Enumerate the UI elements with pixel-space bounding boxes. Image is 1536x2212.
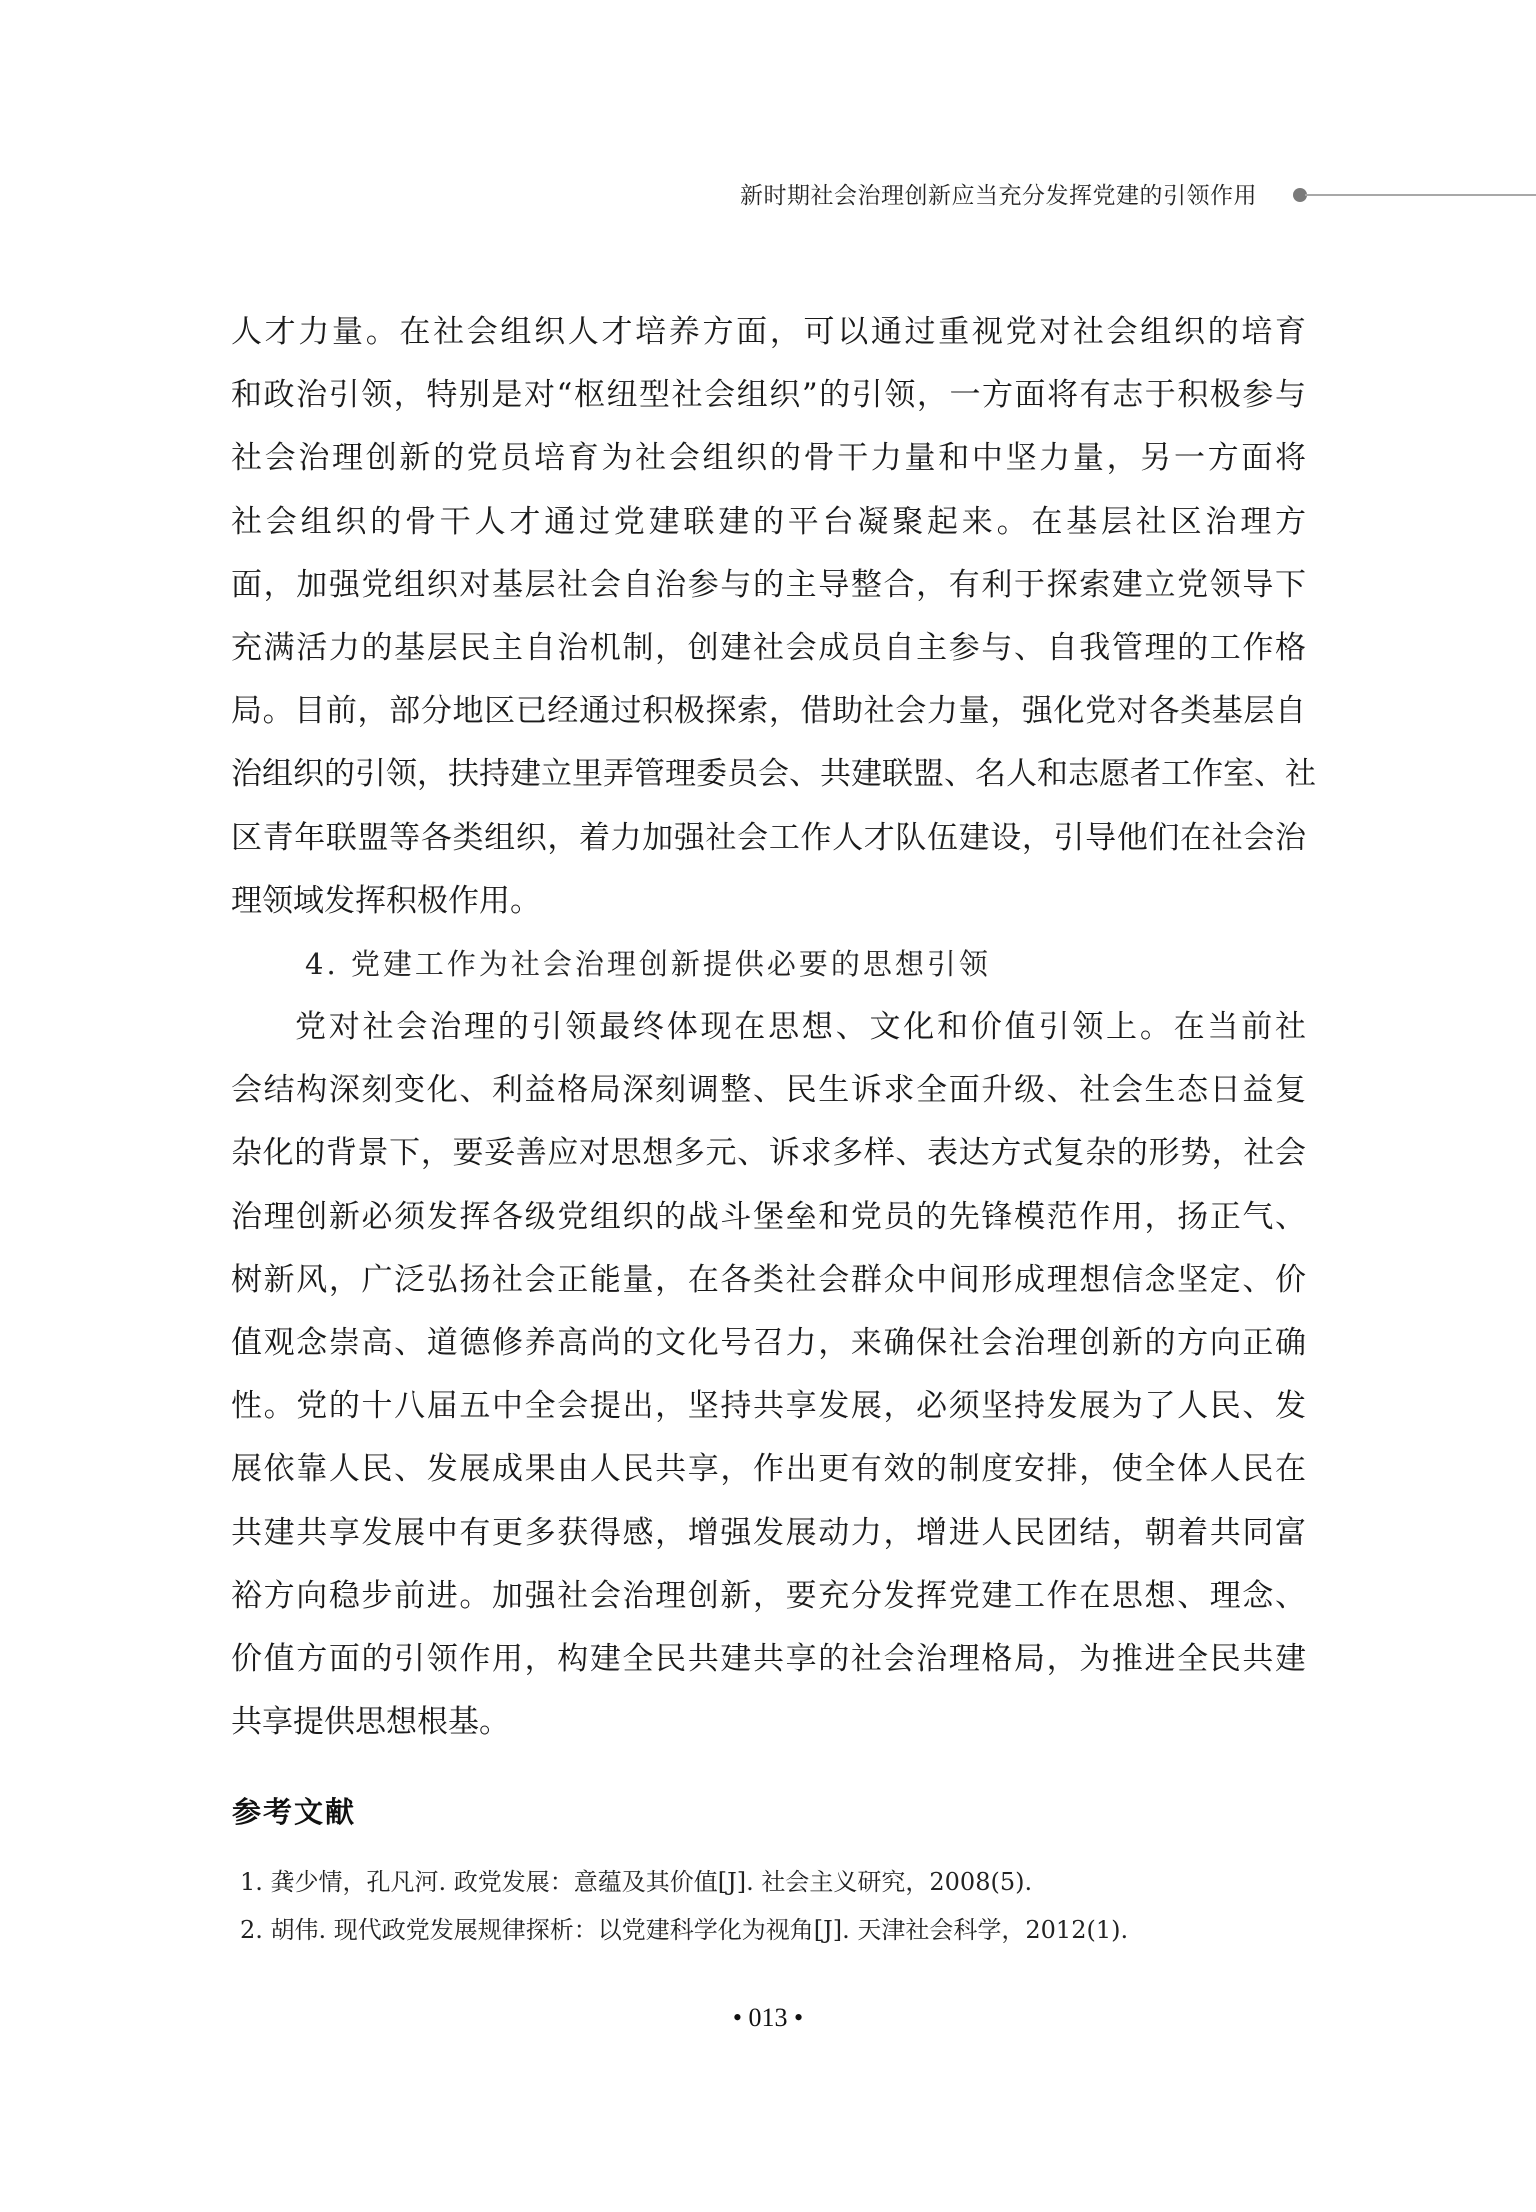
body-text: 人才力量。在社会组织人才培养方面，可以通过重视党对社会组织的培育 和政治引领，特…	[231, 301, 1306, 1754]
paragraph-1-line: 人才力量。在社会组织人才培养方面，可以通过重视党对社会组织的培育	[231, 301, 1306, 364]
paragraph-1-line: 局。目前，部分地区已经通过积极探索，借助社会力量，强化党对各类基层自	[231, 680, 1306, 743]
paragraph-1-line: 社会组织的骨干人才通过党建联建的平台凝聚起来。在基层社区治理方	[231, 491, 1306, 554]
references-title: 参考文献	[232, 1790, 356, 1831]
paragraph-2-line: 杂化的背景下，要妥善应对思想多元、诉求多样、表达方式复杂的形势，社会	[231, 1122, 1306, 1185]
page-number: • 013 •	[0, 2003, 1536, 2033]
running-header: 新时期社会治理创新应当充分发挥党建的引领作用	[740, 176, 1257, 216]
paragraph-2-line: 值观念崇高、道德修养高尚的文化号召力，来确保社会治理创新的方向正确	[231, 1312, 1306, 1375]
paragraph-1-line: 面，加强党组织对基层社会自治参与的主导整合，有利于探索建立党领导下	[231, 554, 1306, 617]
paragraph-1-line: 理领域发挥积极作用。	[231, 870, 1306, 933]
section-heading: 4. 党建工作为社会治理创新提供必要的思想引领	[231, 933, 1306, 996]
paragraph-2-line: 共建共享发展中有更多获得感，增强发展动力，增进人民团结，朝着共同富	[231, 1502, 1306, 1565]
paragraph-2-line: 治理创新必须发挥各级党组织的战斗堡垒和党员的先锋模范作用，扬正气、	[231, 1186, 1306, 1249]
paragraph-1-line: 充满活力的基层民主自治机制，创建社会成员自主参与、自我管理的工作格	[231, 617, 1306, 680]
paragraph-2-line: 会结构深刻变化、利益格局深刻调整、民生诉求全面升级、社会生态日益复	[231, 1059, 1306, 1122]
paragraph-2-line: 裕方向稳步前进。加强社会治理创新，要充分发挥党建工作在思想、理念、	[231, 1565, 1306, 1628]
reference-item: 2. 胡伟. 现代政党发展规律探析：以党建科学化为视角[J]. 天津社会科学，2…	[240, 1910, 1128, 1945]
paragraph-1-line: 区青年联盟等各类组织，着力加强社会工作人才队伍建设，引导他们在社会治	[231, 807, 1306, 870]
paragraph-2-line: 树新风，广泛弘扬社会正能量，在各类社会群众中间形成理想信念坚定、价	[231, 1249, 1306, 1312]
reference-item: 1. 龚少情，孔凡河. 政党发展：意蕴及其价值[J]. 社会主义研究，2008(…	[240, 1862, 1032, 1897]
paragraph-1-line: 社会治理创新的党员培育为社会组织的骨干力量和中坚力量，另一方面将	[231, 427, 1306, 490]
paragraph-1-line: 治组织的引领，扶持建立里弄管理委员会、共建联盟、名人和志愿者工作室、社	[231, 743, 1306, 806]
paragraph-2-line: 共享提供思想根基。	[231, 1691, 1306, 1754]
paragraph-2-line: 性。党的十八届五中全会提出，坚持共享发展，必须坚持发展为了人民、发	[231, 1375, 1306, 1438]
paragraph-1-line: 和政治引领，特别是对“枢纽型社会组织”的引领，一方面将有志于积极参与	[231, 364, 1306, 427]
paragraph-2-line: 党对社会治理的引领最终体现在思想、文化和价值引领上。在当前社	[231, 996, 1306, 1059]
header-rule-line	[1305, 194, 1536, 196]
paragraph-2-line: 展依靠人民、发展成果由人民共享，作出更有效的制度安排，使全体人民在	[231, 1438, 1306, 1501]
paragraph-2-line: 价值方面的引领作用，构建全民共建共享的社会治理格局，为推进全民共建	[231, 1628, 1306, 1691]
